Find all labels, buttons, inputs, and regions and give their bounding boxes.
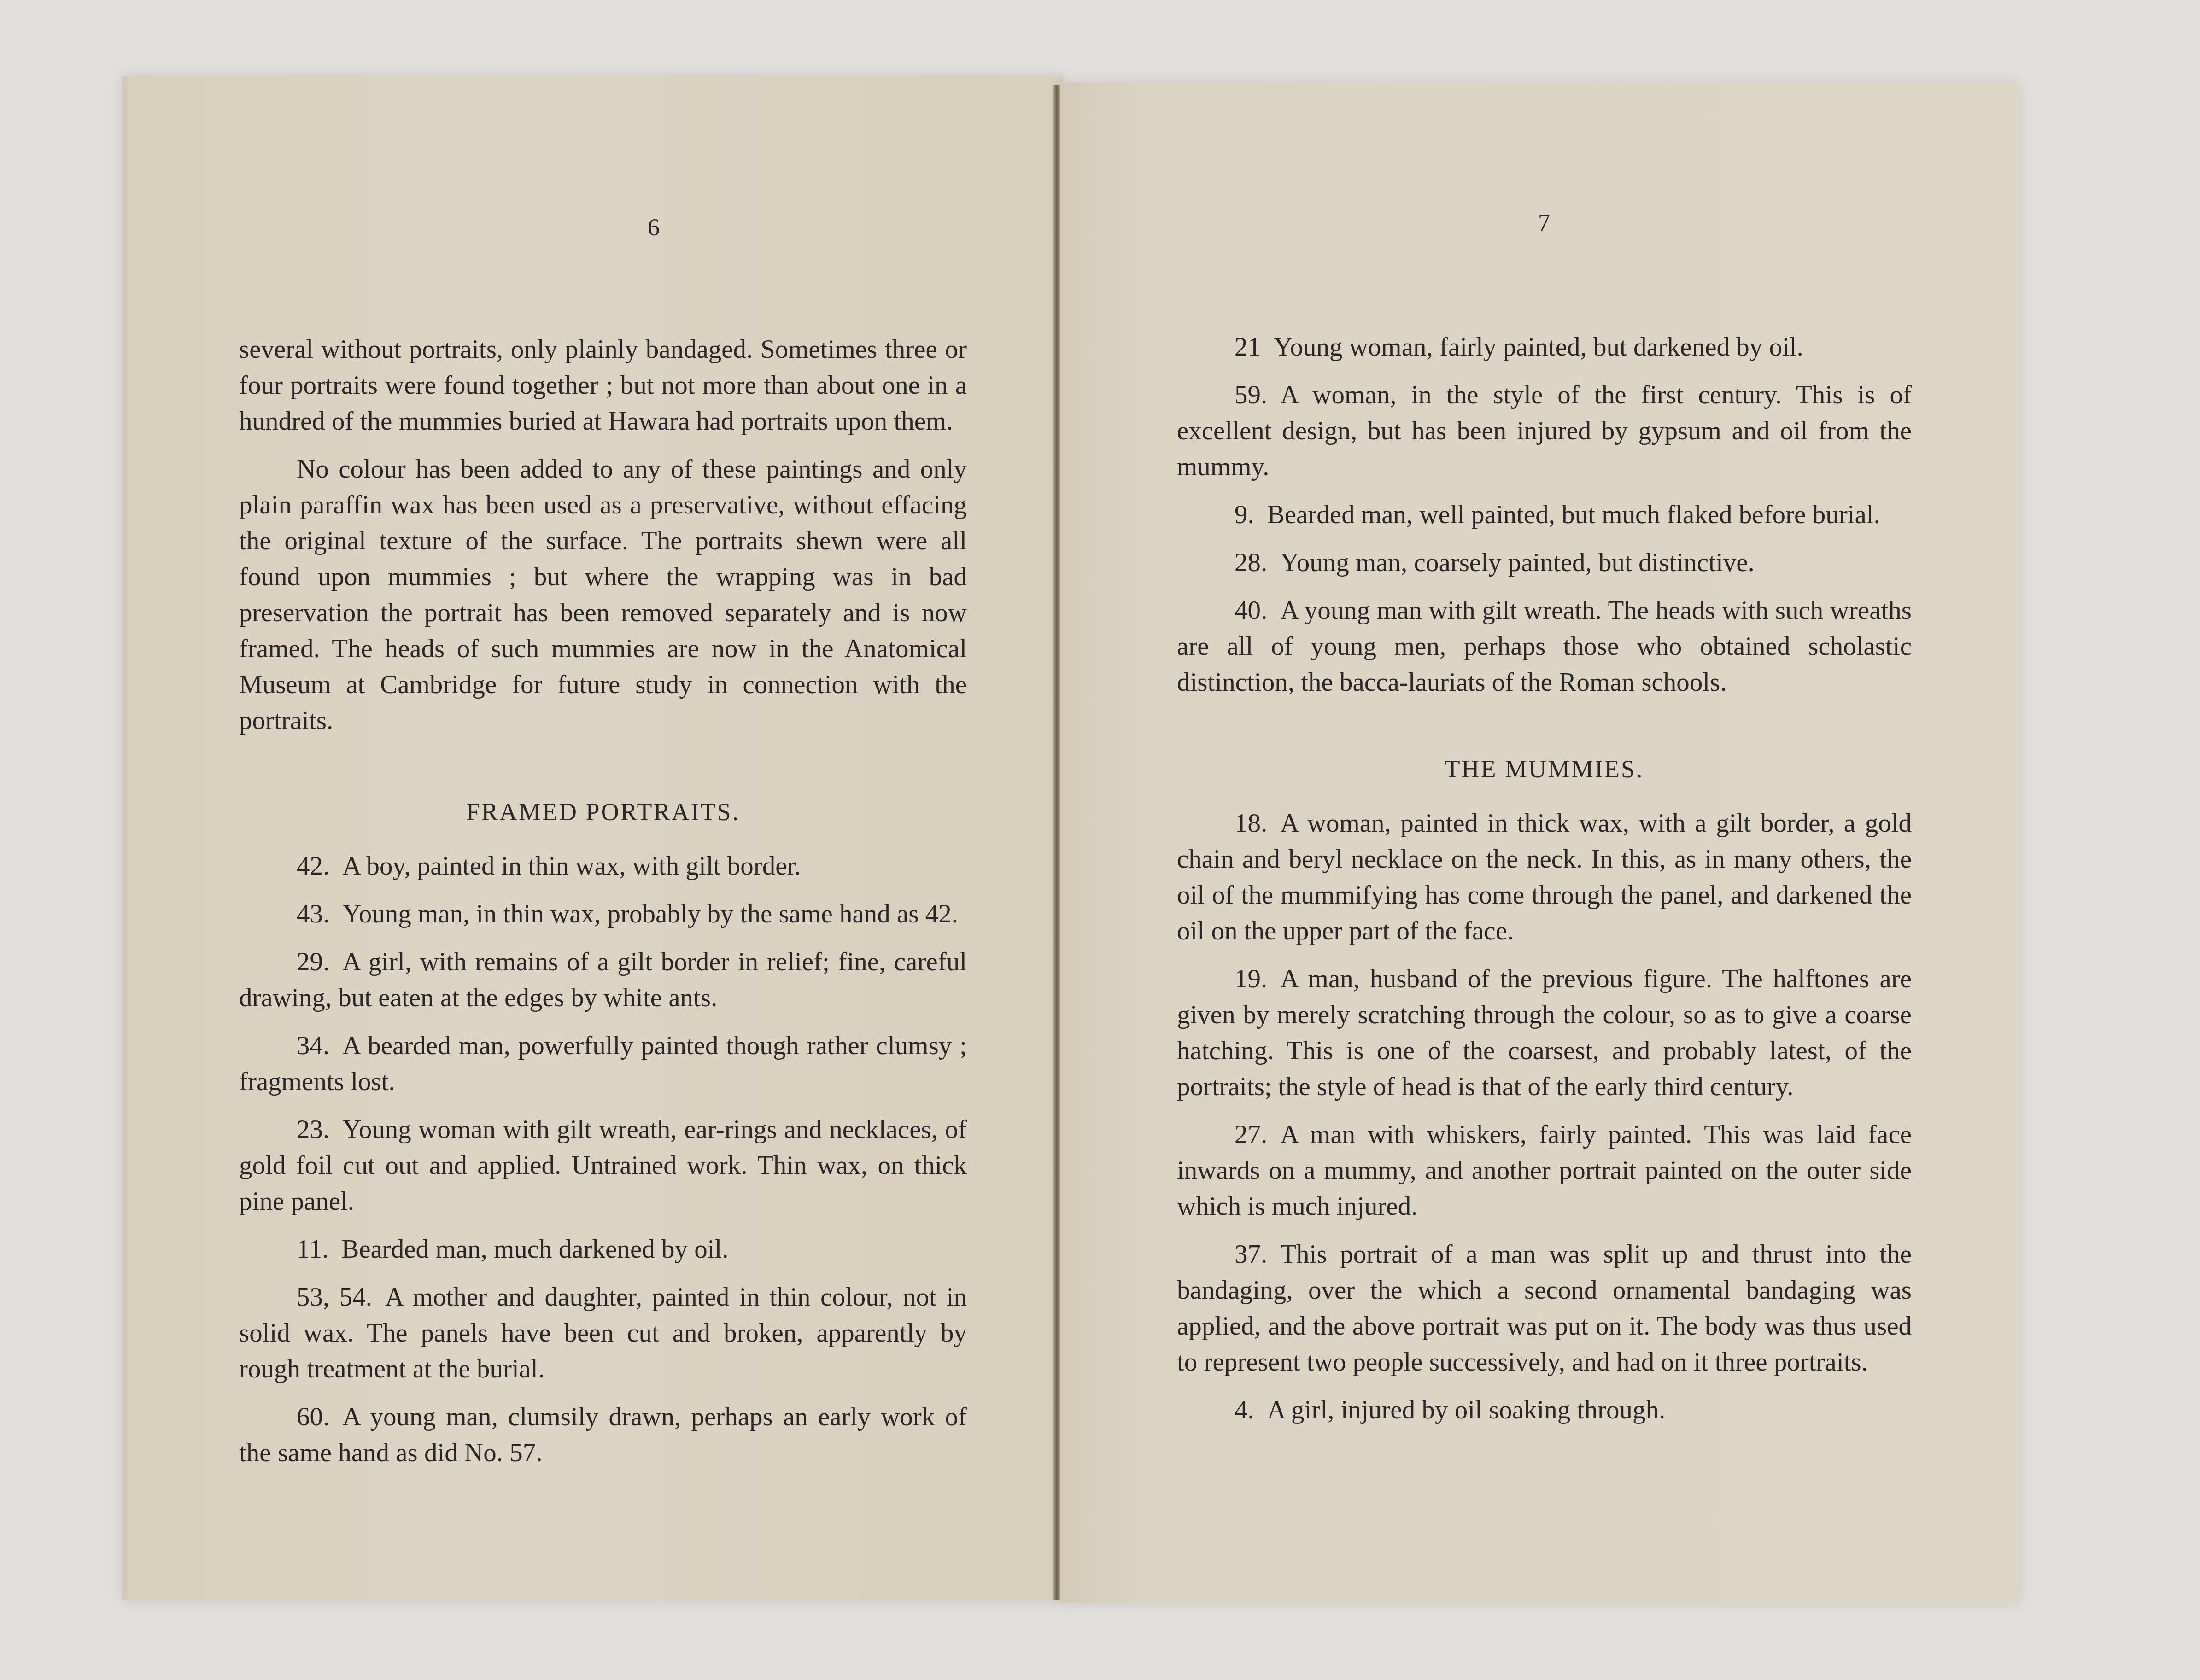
entry-number: 19. — [1235, 964, 1267, 993]
entry-number: 11. — [297, 1235, 328, 1264]
catalogue-entry: 53, 54.A mother and daughter, painted in… — [239, 1279, 967, 1387]
entry-number: 27. — [1235, 1120, 1267, 1149]
entry-text: Bearded man, much darkened by oil. — [341, 1235, 728, 1264]
entry-number: 53, 54. — [297, 1283, 372, 1312]
section-heading: FRAMED PORTRAITS. — [239, 794, 967, 830]
entry-text: A young man with gilt wreath. The heads … — [1177, 596, 1912, 697]
right-page-text: 21Young woman, fairly painted, but darke… — [1177, 329, 1912, 1440]
catalogue-entry: 11.Bearded man, much darkened by oil. — [239, 1231, 967, 1267]
intro-paragraph: No colour has been added to any of these… — [239, 451, 967, 739]
entry-text: Young woman, fairly painted, but darkene… — [1274, 332, 1803, 362]
book-spine — [1053, 85, 1060, 1600]
catalogue-entry: 27.A man with whiskers, fairly painted. … — [1177, 1117, 1912, 1225]
catalogue-entry: 60.A young man, clumsily drawn, perhaps … — [239, 1399, 967, 1471]
entry-number: 60. — [297, 1402, 329, 1431]
catalogue-entry: 43.Young man, in thin wax, probably by t… — [239, 896, 967, 932]
entry-text: This portrait of a man was split up and … — [1177, 1240, 1912, 1377]
left-page: 6 several without portraits, only plainl… — [122, 76, 1063, 1600]
entry-number: 40. — [1235, 596, 1267, 625]
page-number: 6 — [608, 214, 700, 241]
entry-text: A girl, injured by oil soaking through. — [1267, 1395, 1665, 1424]
entry-number: 4. — [1235, 1395, 1254, 1424]
catalogue-entry: 59.A woman, in the style of the first ce… — [1177, 377, 1912, 485]
entry-text: A girl, with remains of a gilt border in… — [239, 947, 967, 1012]
catalogue-entry: 21Young woman, fairly painted, but darke… — [1177, 329, 1912, 365]
entry-number: 43. — [297, 899, 329, 928]
entry-number: 21 — [1235, 332, 1261, 362]
page-number: 7 — [1498, 210, 1590, 237]
entry-number: 28. — [1235, 548, 1267, 577]
catalogue-entry: 4.A girl, injured by oil soaking through… — [1177, 1392, 1912, 1428]
entry-number: 42. — [297, 852, 329, 881]
catalogue-entry: 19.A man, husband of the previous figure… — [1177, 961, 1912, 1105]
entry-text: A boy, painted in thin wax, with gilt bo… — [342, 852, 801, 881]
catalogue-entry: 40.A young man with gilt wreath. The hea… — [1177, 593, 1912, 700]
entry-text: A woman, in the style of the first centu… — [1177, 380, 1912, 481]
section-heading: THE MUMMIES. — [1177, 751, 1912, 787]
entry-text: A young man, clumsily drawn, perhaps an … — [239, 1402, 967, 1467]
catalogue-entry: 42.A boy, painted in thin wax, with gilt… — [239, 848, 967, 884]
entry-text: Young woman with gilt wreath, ear-rings … — [239, 1115, 967, 1216]
entry-text: A man with whiskers, fairly painted. Thi… — [1177, 1120, 1912, 1221]
entry-number: 59. — [1235, 380, 1267, 409]
catalogue-entry: 23.Young woman with gilt wreath, ear-rin… — [239, 1112, 967, 1219]
left-page-text: several without portraits, only plainly … — [239, 332, 967, 1483]
right-page: 7 21Young woman, fairly painted, but dar… — [1060, 83, 2019, 1603]
entry-number: 34. — [297, 1031, 329, 1060]
catalogue-entry: 18.A woman, painted in thick wax, with a… — [1177, 805, 1912, 949]
catalogue-entry: 9.Bearded man, well painted, but much fl… — [1177, 497, 1912, 533]
entry-text: A bearded man, powerfully painted though… — [239, 1031, 967, 1096]
entry-text: Young man, in thin wax, probably by the … — [342, 899, 958, 928]
catalogue-entry: 29.A girl, with remains of a gilt border… — [239, 944, 967, 1016]
entry-text: Young man, coarsely painted, but distinc… — [1280, 548, 1755, 577]
entry-text: Bearded man, well painted, but much flak… — [1267, 500, 1880, 529]
entry-text: A man, husband of the previous figure. T… — [1177, 964, 1912, 1101]
entry-number: 37. — [1235, 1240, 1267, 1269]
entry-text: A woman, painted in thick wax, with a gi… — [1177, 809, 1912, 945]
entry-number: 9. — [1235, 500, 1254, 529]
intro-paragraph: several without portraits, only plainly … — [239, 332, 967, 439]
catalogue-entry: 37.This portrait of a man was split up a… — [1177, 1237, 1912, 1380]
catalogue-entry: 34.A bearded man, powerfully painted tho… — [239, 1028, 967, 1100]
entry-number: 29. — [297, 947, 329, 976]
entry-number: 18. — [1235, 809, 1267, 838]
entry-number: 23. — [297, 1115, 329, 1144]
catalogue-entry: 28.Young man, coarsely painted, but dist… — [1177, 545, 1912, 581]
